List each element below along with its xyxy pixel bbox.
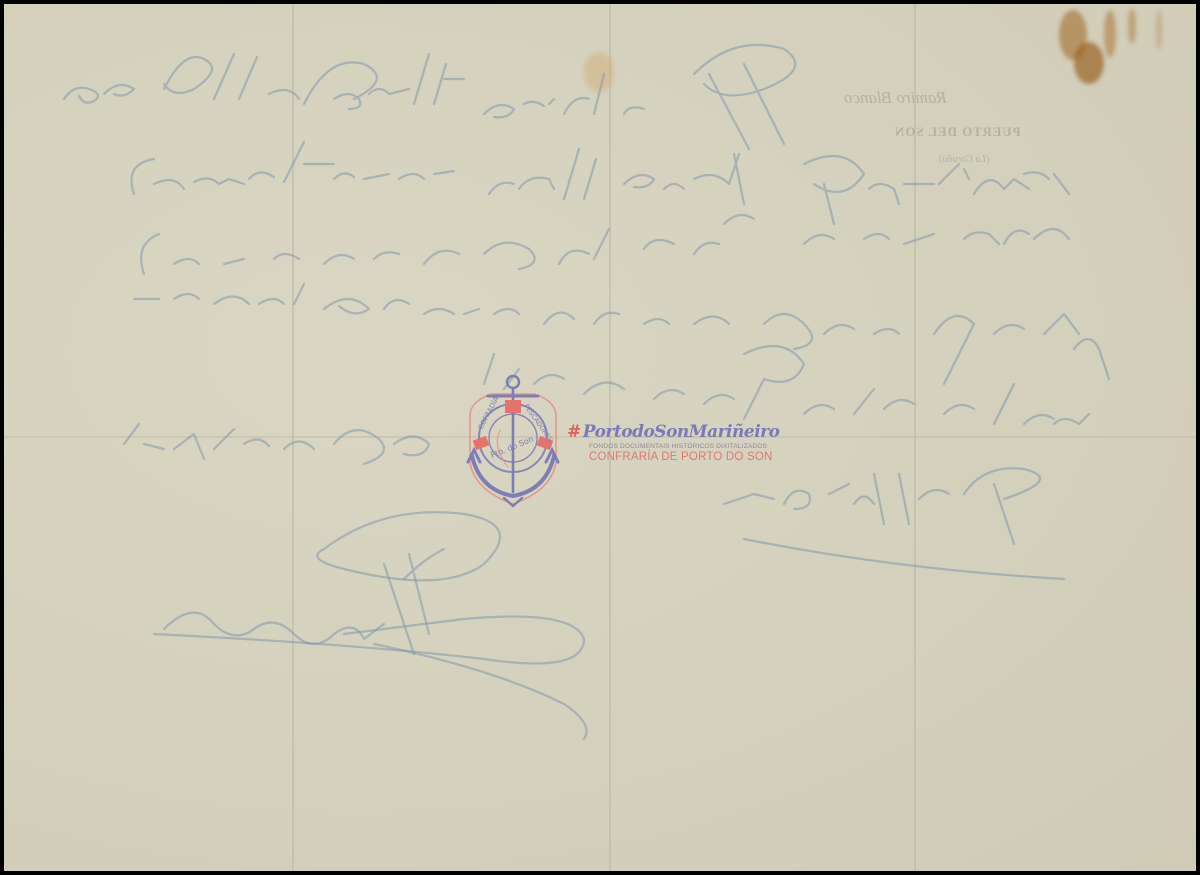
document-page: Ramiro Blanco PUERTO DEL SON (La Coruña) — [4, 4, 1196, 871]
watermark-title: #PortodoSonMariñeiro — [567, 422, 779, 442]
hash-icon: # — [567, 422, 581, 442]
watermark-text-block: #PortodoSonMariñeiro FONDOS DOCUMENTAIS … — [567, 422, 779, 464]
watermark-subtitle: FONDOS DOCUMENTAIS HISTÓRICOS DIXITALIZA… — [589, 442, 779, 451]
watermark-organization: CONFRARÍA DE PORTO DO SON — [589, 451, 779, 464]
confraria-anchor-logo: COFRADÍA PESCADORES Pto. do Son — [462, 372, 564, 508]
watermark-title-text: PortodoSonMariñeiro — [583, 422, 780, 442]
